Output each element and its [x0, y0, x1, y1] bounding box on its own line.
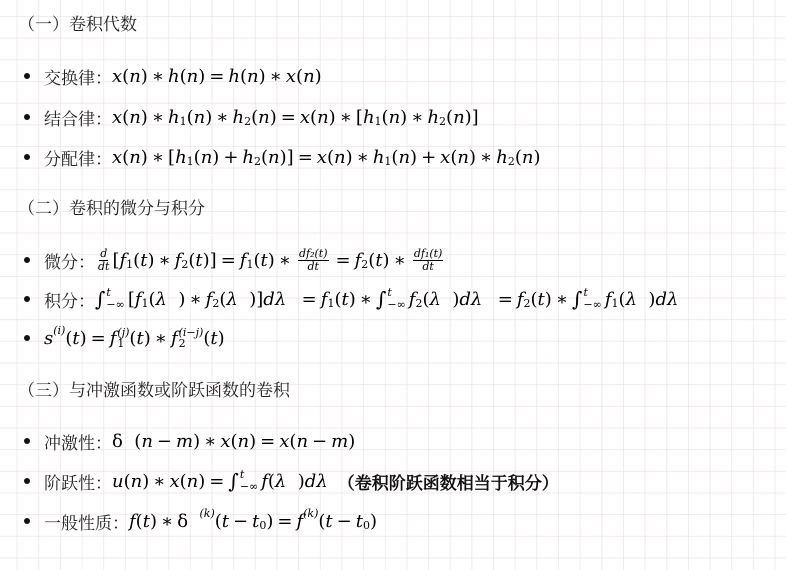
math-var: n [303, 66, 315, 87]
math-symbol: ( [446, 107, 453, 128]
math-var: n [247, 66, 259, 87]
integral: ∫t−∞ [228, 469, 261, 493]
math-symbol: ) [141, 66, 148, 87]
math-symbol: ) [469, 147, 476, 168]
math-subscript: 1 [612, 297, 619, 310]
math-var: λ [156, 289, 167, 310]
math-symbol: ( [180, 471, 187, 492]
math-symbol: ( [65, 328, 72, 349]
math-symbol: ( [318, 511, 325, 532]
math-var: λ [275, 471, 286, 492]
math-var: f [129, 511, 136, 532]
math-var: x [220, 431, 230, 452]
math-subscript: 1 [180, 115, 187, 128]
integral: ∫t−∞ [572, 287, 605, 311]
math-var: n [522, 147, 534, 168]
math-formula: ddt[f1(t)∗f2(t)]=f1(t)∗df₂(t)dt=f2(t)∗df… [95, 248, 446, 273]
math-symbol: ( [180, 66, 187, 87]
integral-lower-limit: −∞ [106, 299, 124, 311]
math-var: x [286, 66, 296, 87]
math-symbol: )] [465, 107, 479, 128]
math-subscript: 2 [439, 115, 446, 128]
math-var: t [210, 328, 217, 349]
math-var: t [325, 511, 332, 532]
math-operator: ∗ [480, 147, 492, 168]
math-var: f [409, 289, 416, 310]
math-operator: − [312, 431, 327, 452]
math-formula: x(n)∗h1(n)∗h2(n)=x(n)∗[h1(n)∗h2(n)] [112, 107, 479, 128]
list-item: 一般性质：f(t)∗δ (k)(t−t0)=f(k)(t−t0) [24, 506, 377, 536]
math-symbol: ( [129, 328, 136, 349]
item-label: 结合律： [44, 105, 112, 130]
bullet-icon [24, 257, 30, 263]
math-subscript: 1 [142, 297, 149, 310]
math-var: t [72, 328, 79, 349]
fraction-numerator: df₁(t) [413, 248, 444, 261]
math-formula: x(n)∗[h1(n)+h2(n)]=x(n)∗h1(n)+x(n)∗h2(n) [112, 147, 540, 168]
math-operator: ∗ [204, 431, 216, 452]
fraction-denominator: dt [422, 261, 433, 273]
math-var: n [141, 431, 153, 452]
math-symbol: ( [334, 289, 341, 310]
item-label: 冲激性： [44, 429, 112, 454]
math-symbol: ) [545, 289, 552, 310]
math-var: s [44, 328, 53, 349]
math-var: f [120, 250, 127, 271]
list-item: 分配律：x(n)∗[h1(n)+h2(n)]=x(n)∗h1(n)+x(n)∗h… [24, 142, 540, 172]
math-var: dλ [459, 289, 482, 310]
bullet-icon [24, 114, 30, 120]
math-var: n [457, 147, 469, 168]
math-operator: = [277, 511, 292, 532]
math-operator: ∗ [152, 66, 164, 87]
fraction-denominator: dt [98, 261, 109, 273]
item-label: 微分： [44, 248, 95, 273]
math-symbol: ) [249, 431, 256, 452]
math-symbol: ( [133, 250, 140, 271]
math-var: n [296, 431, 308, 452]
math-operator: ∗ [152, 147, 164, 168]
integral-sign-icon: ∫ [228, 469, 238, 493]
math-var: λ [429, 289, 440, 310]
math-var: dλ [655, 289, 678, 310]
fraction-denominator: dt [308, 261, 319, 273]
math-subscript: 0 [363, 519, 370, 532]
math-var: n [317, 107, 329, 128]
math-var: h [175, 147, 187, 168]
math-symbol: ( [450, 147, 457, 168]
math-operator: = [260, 431, 275, 452]
math-var: t [252, 511, 259, 532]
math-var: n [194, 107, 206, 128]
math-symbol: ( [188, 250, 195, 271]
math-symbol: ( [124, 471, 131, 492]
math-subscript: 0 [259, 519, 266, 532]
integral-limits: t−∞ [583, 287, 601, 311]
math-operator: ∗ [152, 107, 164, 128]
math-subscript: 2 [179, 338, 204, 349]
math-subscript: 1 [126, 258, 133, 271]
math-var: f [135, 289, 142, 310]
math-subscript: 2 [415, 297, 422, 310]
math-var: n [129, 107, 141, 128]
math-var: t [195, 250, 202, 271]
math-operator: − [233, 511, 248, 532]
fraction-numerator: df₂(t) [298, 248, 329, 261]
math-formula: f(t)∗δ (k)(t−t0)=f(k)(t−t0) [129, 511, 377, 532]
math-var: n [453, 107, 465, 128]
item-label: 交换律： [44, 64, 112, 89]
math-symbol: ( [187, 107, 194, 128]
math-operator: ∗ [189, 289, 201, 310]
math-subscript: 1 [187, 155, 194, 168]
math-symbol: ) [193, 431, 200, 452]
math-symbol: ( [515, 147, 522, 168]
math-symbol: ( [327, 147, 334, 168]
math-var: x [112, 66, 122, 87]
section-heading: （二）卷积的微分与积分 [18, 198, 205, 220]
math-var: t [222, 511, 229, 532]
math-symbol: ) [147, 250, 154, 271]
math-symbol: ( [310, 107, 317, 128]
math-var: n [129, 147, 141, 168]
math-fraction: df₁(t)dt [413, 248, 444, 273]
math-var: n [187, 471, 199, 492]
math-var: n [238, 431, 250, 452]
math-var: t [136, 328, 143, 349]
bullet-icon [24, 518, 30, 524]
math-symbol: ) [167, 289, 185, 310]
list-item: 交换律：x(n)∗h(n)=h(n)∗x(n) [24, 61, 322, 91]
math-symbol: ( [215, 511, 222, 532]
item-label: 分配律： [44, 145, 112, 170]
math-symbol: ( [136, 511, 143, 532]
math-symbol: )] [280, 147, 294, 168]
bullet-icon [24, 73, 30, 79]
math-symbol: ( [240, 66, 247, 87]
math-operator: = [209, 66, 224, 87]
math-var: n [398, 147, 410, 168]
math-symbol: ) [266, 511, 273, 532]
item-label: 一般性质： [44, 509, 129, 534]
math-var: h [373, 147, 385, 168]
math-symbol: ( [268, 471, 275, 492]
math-var: λ [626, 289, 637, 310]
math-symbol: )] [238, 289, 264, 310]
math-symbol: δ ( [112, 431, 141, 452]
math-symbol: ) [329, 107, 336, 128]
bullet-icon [24, 335, 30, 341]
math-symbol: ( [368, 250, 375, 271]
math-fraction: df₂(t)dt [298, 248, 329, 273]
math-symbol: ) [212, 147, 219, 168]
integral-limits: t−∞ [106, 287, 124, 311]
integral-limits: t−∞ [240, 469, 258, 493]
math-symbol: [ [128, 289, 135, 310]
math-var: λ [226, 289, 237, 310]
math-symbol: ) [198, 471, 205, 492]
math-symbol: ) [533, 147, 540, 168]
integral: ∫t−∞ [95, 287, 128, 311]
math-symbol: ( [194, 147, 201, 168]
math-operator: + [421, 147, 436, 168]
math-subscript: 1 [327, 297, 334, 310]
integral-lower-limit: −∞ [583, 299, 601, 311]
math-subscript: 2 [181, 258, 188, 271]
math-operator: = [486, 289, 513, 310]
integral-sign-icon: ∫ [95, 287, 105, 311]
math-symbol: ) [268, 250, 275, 271]
math-symbol: ) [205, 107, 212, 128]
math-symbol: ( [391, 147, 398, 168]
bullet-icon [24, 154, 30, 160]
math-var: t [375, 250, 382, 271]
math-var: f [110, 328, 117, 349]
math-symbol: ) [150, 511, 157, 532]
math-operator: ∗ [340, 107, 352, 128]
math-symbol: ( [289, 431, 296, 452]
math-symbol: ( [251, 107, 258, 128]
integral-lower-limit: −∞ [240, 481, 258, 493]
math-var: t [356, 511, 363, 532]
math-operator: ∗ [158, 250, 170, 271]
integral-sign-icon: ∫ [376, 287, 386, 311]
math-symbol: ) [441, 289, 459, 310]
math-superscript: (k) [303, 507, 318, 520]
math-operator: ∗ [153, 471, 165, 492]
math-symbol: ( [382, 107, 389, 128]
math-var: x [317, 147, 327, 168]
list-item: 结合律：x(n)∗h1(n)∗h2(n)=x(n)∗[h1(n)∗h2(n)] [24, 102, 479, 132]
math-var: h [427, 107, 439, 128]
list-item: 积分：∫t−∞[f1(λ )∗f2(λ )]dλ =f1(t)∗∫t−∞f2(λ… [24, 284, 678, 314]
math-symbol: ( [122, 147, 129, 168]
item-label: 阶跃性： [44, 469, 112, 494]
math-operator: = [336, 250, 351, 271]
math-symbol: ) [637, 289, 655, 310]
math-superscript: (k) [199, 507, 214, 520]
math-symbol: ) [218, 328, 225, 349]
math-var: h [168, 66, 180, 87]
math-var: n [258, 107, 270, 128]
math-symbol: ) [349, 289, 356, 310]
math-var: n [389, 107, 401, 128]
math-subscript: 1 [117, 338, 129, 349]
math-subscript: 2 [361, 258, 368, 271]
math-var: t [341, 289, 348, 310]
math-symbol: ( [231, 431, 238, 452]
math-operator: ∗ [155, 328, 167, 349]
math-var: h [363, 107, 375, 128]
math-subscript: 1 [384, 155, 391, 168]
math-operator: = [209, 471, 224, 492]
math-var: dλ [263, 289, 286, 310]
list-item: 微分：ddt[f1(t)∗f2(t)]=f1(t)∗df₂(t)dt=f2(t)… [24, 245, 446, 275]
math-supsub: (j)1 [117, 327, 129, 349]
math-formula: δ (n−m)∗x(n)=x(n−m) [112, 431, 355, 452]
math-symbol: ( [253, 250, 260, 271]
math-superscript: (i) [53, 324, 65, 337]
math-symbol: ) [198, 66, 205, 87]
math-operator: ∗ [161, 511, 173, 532]
math-symbol: ( [122, 107, 129, 128]
math-var: f [175, 250, 182, 271]
math-var: f [206, 289, 213, 310]
math-operator: − [337, 511, 352, 532]
math-formula: s(i)(t)=f(j)1(t)∗f(i−j)2(t) [44, 327, 225, 349]
math-var: n [334, 147, 346, 168]
math-symbol: [ [356, 107, 363, 128]
math-operator: ∗ [270, 66, 282, 87]
math-symbol: ) [383, 250, 390, 271]
math-operator: + [223, 147, 238, 168]
math-var: f [517, 289, 524, 310]
math-symbol: ( [149, 289, 156, 310]
math-var: f [261, 471, 268, 492]
integral: ∫t−∞ [376, 287, 409, 311]
math-symbol: ( [296, 66, 303, 87]
math-var: h [168, 107, 180, 128]
math-symbol: ) [141, 107, 148, 128]
math-var: t [260, 250, 267, 271]
math-var: dλ [305, 471, 328, 492]
math-operator: ∗ [411, 107, 423, 128]
math-subscript: 2 [254, 155, 261, 168]
math-var: u [112, 471, 124, 492]
math-var: x [112, 147, 122, 168]
list-item: 阶跃性：u(n)∗x(n)=∫t−∞f(λ )dλ（卷积阶跃函数相当于积分） [24, 466, 559, 496]
math-var: x [440, 147, 450, 168]
bold-note: （卷积阶跃函数相当于积分） [338, 469, 559, 494]
math-subscript: 2 [244, 115, 251, 128]
math-symbol: ( [261, 147, 268, 168]
math-operator: = [290, 289, 317, 310]
math-var: h [228, 66, 240, 87]
math-symbol: ) [400, 107, 407, 128]
math-var: m [331, 431, 348, 452]
math-var: n [268, 147, 280, 168]
math-formula: x(n)∗h(n)=h(n)∗x(n) [112, 66, 322, 87]
item-label: 积分： [44, 287, 95, 312]
math-subscript: 2 [524, 297, 531, 310]
math-var: x [279, 431, 289, 452]
math-symbol: ( [531, 289, 538, 310]
math-var: f [240, 250, 247, 271]
math-operator: ∗ [357, 147, 369, 168]
math-symbol: ( [619, 289, 626, 310]
math-var: f [296, 511, 303, 532]
math-formula: u(n)∗x(n)=∫t−∞f(λ )dλ [112, 469, 328, 493]
math-var: f [605, 289, 612, 310]
math-var: f [171, 328, 178, 349]
math-symbol: [ [112, 250, 119, 271]
math-formula: ∫t−∞[f1(λ )∗f2(λ )]dλ =f1(t)∗∫t−∞f2(λ )d… [95, 287, 678, 311]
math-operator: = [221, 250, 236, 271]
math-symbol: ) [315, 66, 322, 87]
math-operator: ∗ [216, 107, 228, 128]
math-operator: = [91, 328, 106, 349]
math-var: t [538, 289, 545, 310]
math-var: n [131, 471, 143, 492]
math-var: x [112, 107, 122, 128]
math-subscript: 1 [375, 115, 382, 128]
math-subscript: 2 [212, 297, 219, 310]
math-var: t [143, 511, 150, 532]
section-heading: （三）与冲激函数或阶跃函数的卷积 [18, 380, 290, 402]
integral-lower-limit: −∞ [387, 299, 405, 311]
math-symbol: ) [410, 147, 417, 168]
math-var: x [300, 107, 310, 128]
math-var: h [496, 147, 508, 168]
math-operator: ∗ [360, 289, 372, 310]
math-symbol: ) [144, 328, 151, 349]
list-item: s(i)(t)=f(j)1(t)∗f(i−j)2(t) [24, 323, 225, 353]
math-var: n [187, 66, 199, 87]
math-operator: ∗ [279, 250, 291, 271]
math-symbol: ) [270, 107, 277, 128]
math-symbol: )] [203, 250, 217, 271]
fraction-numerator: d [99, 248, 108, 261]
math-symbol: ) [370, 511, 377, 532]
math-symbol: ) [141, 147, 148, 168]
math-var: h [233, 107, 245, 128]
math-symbol: ) [80, 328, 87, 349]
integral-sign-icon: ∫ [572, 287, 582, 311]
math-subscript: 2 [508, 155, 515, 168]
math-var: h [242, 147, 254, 168]
math-symbol: ) [286, 471, 304, 492]
math-operator: = [281, 107, 296, 128]
math-var: n [201, 147, 213, 168]
bullet-icon [24, 438, 30, 444]
math-operator: ∗ [556, 289, 568, 310]
math-operator: − [157, 431, 172, 452]
math-symbol: ) [259, 66, 266, 87]
math-var: f [355, 250, 362, 271]
math-operator: ∗ [394, 250, 406, 271]
bullet-icon [24, 296, 30, 302]
math-var: m [176, 431, 193, 452]
math-symbol: ) [348, 431, 355, 452]
math-var: x [169, 471, 179, 492]
math-var: t [140, 250, 147, 271]
math-var: n [129, 66, 141, 87]
bullet-icon [24, 478, 30, 484]
math-supsub: (i−j)2 [179, 327, 204, 349]
math-symbol: ) [142, 471, 149, 492]
math-symbol: [ [168, 147, 175, 168]
section-heading: （一）卷积代数 [18, 14, 137, 36]
math-fraction: ddt [98, 248, 109, 273]
math-symbol: δ [177, 511, 199, 532]
math-var: f [321, 289, 328, 310]
math-subscript: 1 [246, 258, 253, 271]
list-item: 冲激性：δ (n−m)∗x(n)=x(n−m) [24, 426, 355, 456]
integral-limits: t−∞ [387, 287, 405, 311]
math-symbol: ( [203, 328, 210, 349]
math-symbol: ) [346, 147, 353, 168]
math-symbol: ( [122, 66, 129, 87]
math-operator: = [298, 147, 313, 168]
